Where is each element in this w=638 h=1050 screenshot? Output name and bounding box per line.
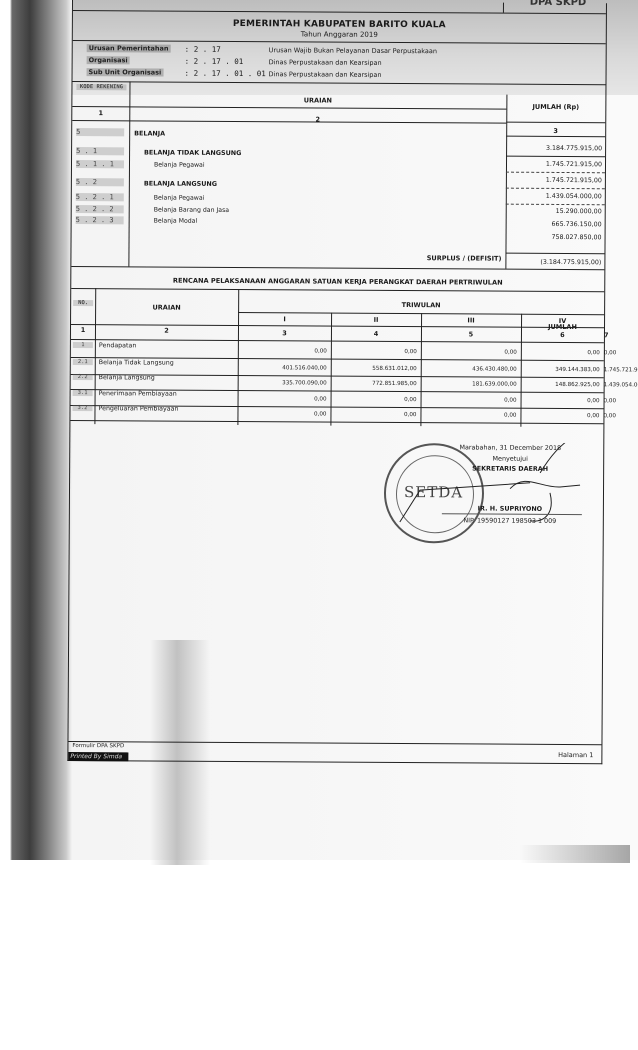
header-quarter: II — [331, 316, 421, 325]
quarter-value-q3: 0,00 — [420, 412, 516, 419]
col-number-1: 1 — [72, 109, 129, 117]
column-number: 2 — [95, 326, 238, 335]
row-divider — [70, 420, 603, 424]
meta-label-subunit: Sub Unit Organisasi — [87, 68, 164, 76]
budget-row-code: 5 . 1 — [76, 147, 124, 155]
header-uraian: URAIAN — [129, 95, 506, 105]
budget-row-code: 5 . 2 . 1 — [76, 193, 124, 201]
meta-code-subunit: : 2 . 17 . 01 . 01 — [185, 69, 266, 78]
quarter-row-description: Belanja Langsung — [99, 374, 155, 381]
quarter-value-q1: 335.700.090,00 — [238, 380, 327, 387]
column-number: 7 — [604, 331, 609, 339]
signatory-nip: NIP. 19590127 198503 1 009 — [430, 516, 590, 525]
budget-row-code: 5 . 2 . 2 — [76, 205, 124, 213]
budget-row-amount: 3.184.775.915,00 — [508, 145, 602, 153]
budget-row-amount: 15.290.000,00 — [508, 208, 602, 216]
row-divider — [71, 339, 604, 343]
quarter-row-no: 2.1 — [73, 359, 93, 365]
budget-row-code: 5 . 2 . 3 — [76, 216, 124, 224]
meta-desc-organisasi: Dinas Perpustakaan dan Kearsipan — [269, 58, 382, 67]
header-uraian: URAIAN — [95, 303, 238, 312]
quarter-row-no: 3.2 — [72, 405, 92, 411]
budget-row-amount: 1.745.721.915,00 — [508, 161, 602, 169]
quarter-value-total: 0,00 — [604, 350, 617, 356]
quarter-value-q3: 436.430.480,00 — [421, 366, 517, 373]
budget-row-description: Belanja Pegawai — [154, 195, 205, 202]
surplus-value: (3.184.775.915,00) — [507, 259, 601, 267]
quarter-value-q2: 772.851.985,00 — [331, 381, 417, 388]
budget-row-amount: 1.745.721.915,00 — [508, 177, 602, 185]
column-number: 6 — [521, 331, 604, 340]
header-quarter: I — [238, 315, 331, 324]
quarter-value-q1: 0,00 — [238, 348, 327, 355]
form-code: DPA SKPD — [513, 0, 603, 15]
meta-desc-urusan: Urusan Wajib Bukan Pelayanan Dasar Perpu… — [269, 46, 437, 55]
quarterly-plan-title: RENCANA PELAKSANAAN ANGGARAN SATUAN KERJ… — [71, 276, 604, 287]
header-jumlah: JUMLAH (Rp) — [506, 103, 605, 112]
header-triwulan: TRIWULAN — [238, 300, 604, 310]
quarter-row-description: Penerimaan Pembiayaan — [99, 390, 177, 397]
header-kode-rekening: KODE REKENING — [76, 84, 126, 90]
quarter-row-no: 1 — [73, 342, 93, 348]
meta-label-organisasi: Organisasi — [87, 56, 130, 64]
budget-row-description: Belanja Barang dan Jasa — [154, 207, 229, 214]
quarter-value-q3: 0,00 — [421, 397, 517, 404]
quarter-value-q1: 0,00 — [237, 411, 326, 418]
quarter-row-description: Pendapatan — [99, 342, 137, 349]
header-quarter: III — [421, 316, 521, 325]
scan-shade-corner — [520, 845, 630, 863]
column-number: 5 — [421, 330, 521, 339]
quarter-value-total: 1.439.054.000,00 — [604, 382, 638, 388]
budget-row-code: 5 . 2 — [76, 178, 124, 186]
column-number: 1 — [71, 326, 95, 334]
meta-code-organisasi: : 2 . 17 . 01 — [185, 57, 244, 66]
budget-row-amount: 1.439.054.000,00 — [508, 193, 602, 201]
quarter-row-description: Belanja Tidak Langsung — [99, 359, 174, 366]
surplus-label: SURPLUS / (DEFISIT) — [371, 254, 501, 263]
quarter-value-q1: 401.516.040,00 — [238, 365, 327, 372]
quarter-value-q4: 0,00 — [521, 398, 600, 404]
quarter-value-q2: 0,00 — [331, 349, 417, 356]
budget-row-description: BELANJA TIDAK LANGSUNG — [144, 148, 241, 157]
signatory-name: IR. H. SUPRIYONO — [430, 504, 590, 513]
quarter-row-no: 3.1 — [73, 390, 93, 396]
quarter-value-q4: 349.144.383,00 — [521, 367, 600, 373]
footer-form-label: Formulir DPA SKPD — [72, 743, 124, 749]
quarter-value-q4: 0,00 — [521, 350, 600, 356]
quarter-value-q4: 0,00 — [520, 413, 599, 419]
budget-row-amount: 758.027.850,00 — [508, 234, 602, 242]
budget-row-amount: 665.736.150,00 — [508, 221, 602, 229]
quarter-value-q3: 0,00 — [421, 349, 517, 356]
quarter-value-q4: 148.862.925,00 — [521, 382, 600, 388]
quarter-value-q1: 0,00 — [238, 396, 327, 403]
quarter-value-total: 0,00 — [603, 413, 616, 419]
budget-row-description: Belanja Pegawai — [154, 162, 205, 169]
budget-row-code: 5 . 1 . 1 — [76, 160, 124, 168]
quarter-value-q2: 0,00 — [330, 412, 416, 419]
quarter-value-q2: 0,00 — [331, 397, 417, 404]
quarter-value-q2: 558.631.012,00 — [331, 366, 417, 373]
budget-row-description: Belanja Modal — [154, 218, 198, 225]
budget-row-code: 5 — [76, 128, 124, 136]
quarter-value-q3: 181.639.000,00 — [421, 381, 517, 388]
column-number: 4 — [331, 330, 421, 339]
quarter-row-description: Pengeluaran Pembiayaan — [98, 405, 178, 412]
quarter-value-total: 1.745.721.915,00 — [604, 367, 638, 373]
quarter-value-total: 0,00 — [604, 398, 617, 404]
budget-row-description: BELANJA — [134, 129, 165, 137]
quarter-row-no: 2.2 — [73, 374, 93, 380]
meta-code-urusan: : 2 . 17 — [185, 45, 221, 54]
budget-row-description: BELANJA LANGSUNG — [144, 179, 217, 187]
page-number: Halaman 1 — [558, 751, 593, 759]
document-page: DPA SKPD PEMERINTAH KABUPATEN BARITO KUA… — [67, 0, 607, 764]
meta-label-urusan: Urusan Pemerintahan — [87, 44, 171, 53]
column-number: 3 — [238, 329, 331, 338]
meta-desc-subunit: Dinas Perpustakaan dan Kearsipan — [269, 70, 382, 79]
col-number-3: 3 — [506, 127, 605, 136]
footer-printed-by: Printed By Simda — [68, 752, 128, 761]
header-no: NO. — [73, 300, 93, 306]
